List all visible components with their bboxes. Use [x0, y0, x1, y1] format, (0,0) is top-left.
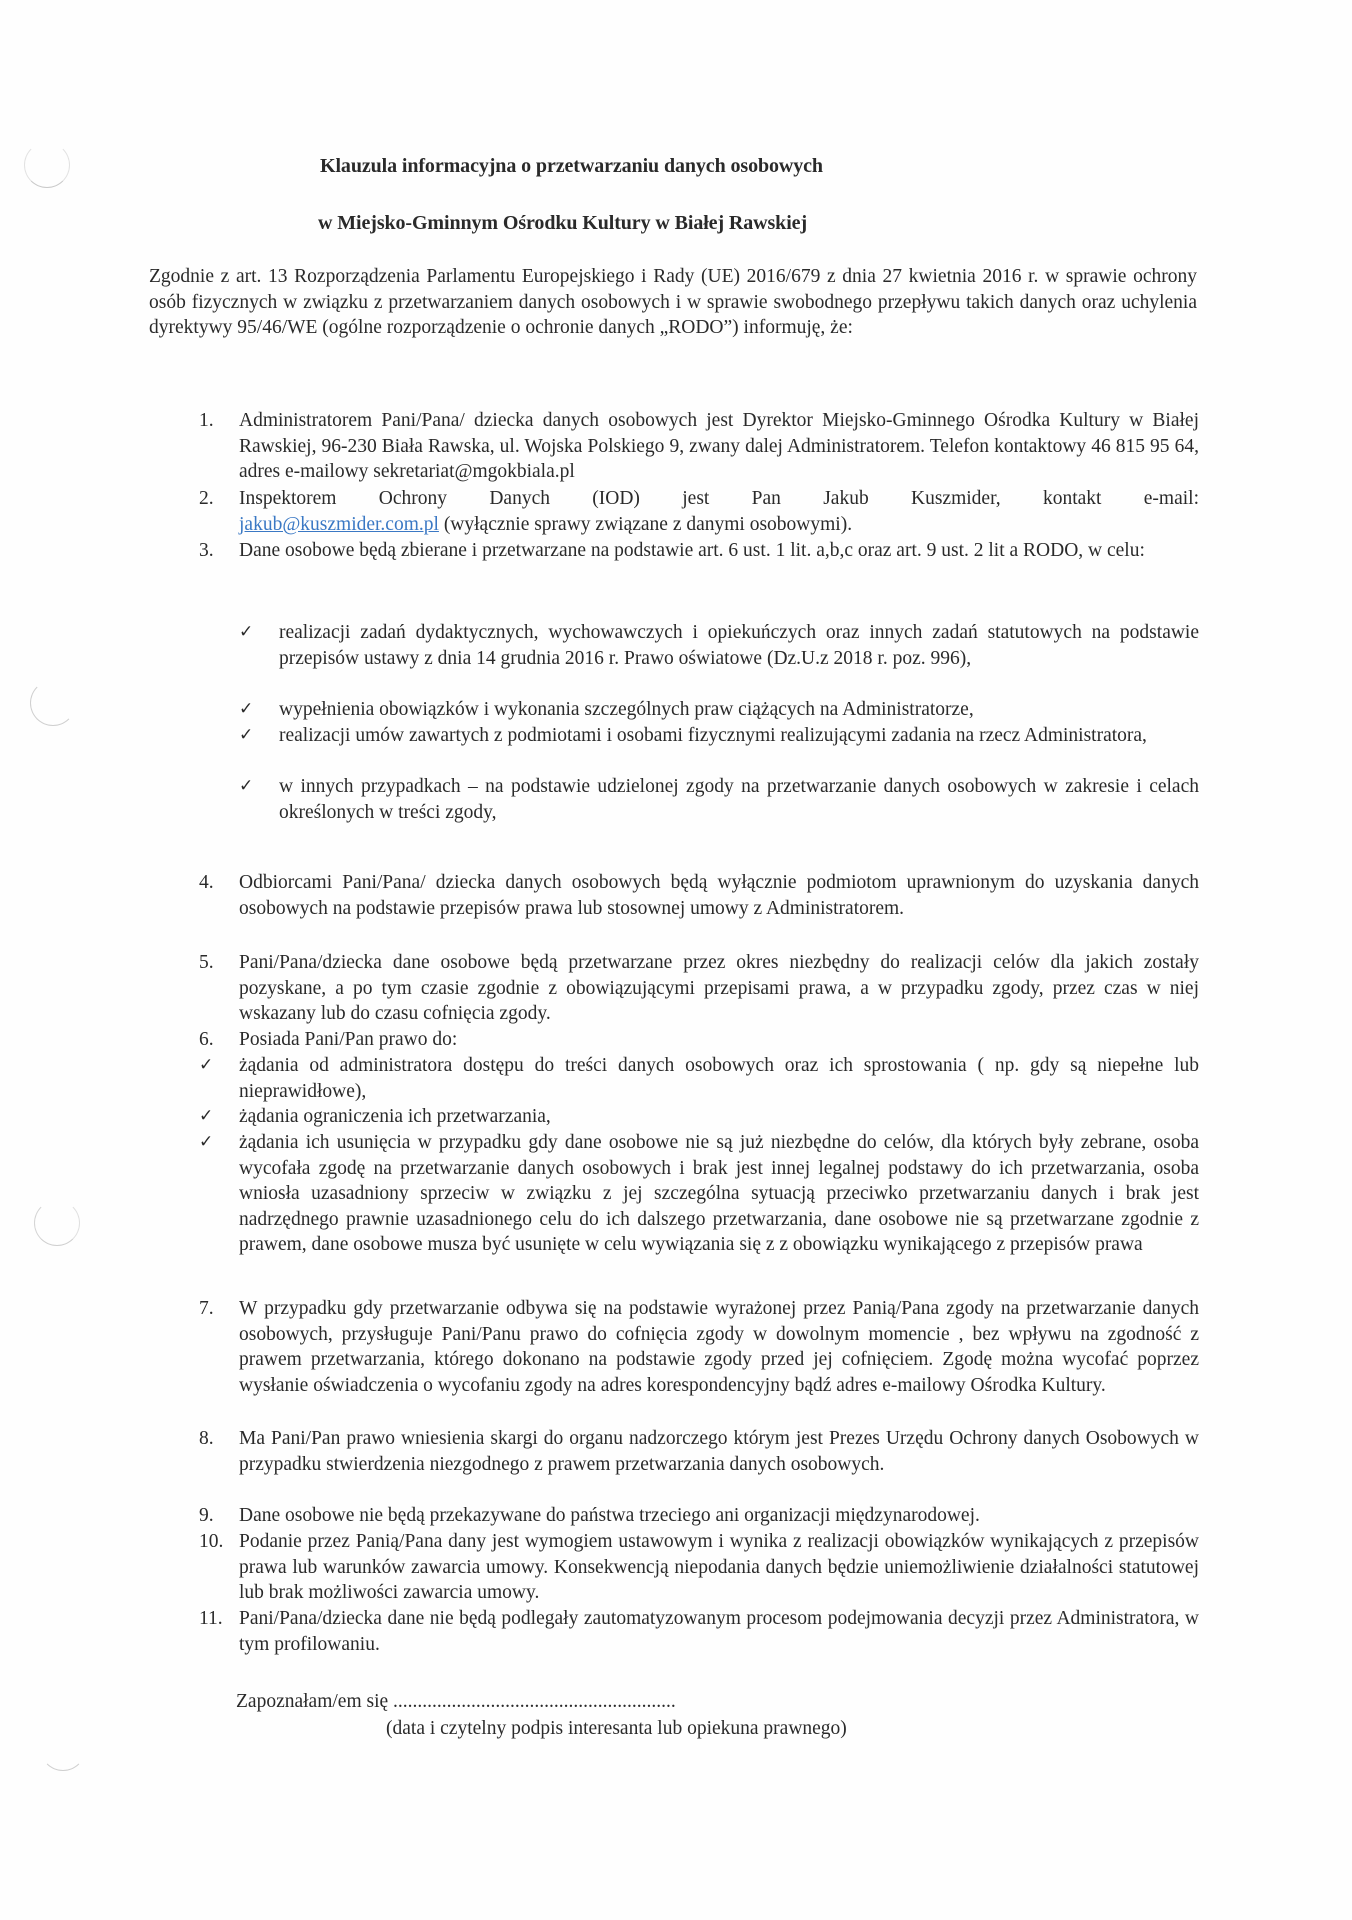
signature-block: Zapoznałam/em się ......................…: [236, 1688, 847, 1742]
check-mark-icon: ✓: [199, 1104, 213, 1130]
item-number: 5.: [199, 950, 235, 976]
punch-hole-mark: [34, 1200, 80, 1246]
item-number: 9.: [199, 1503, 235, 1529]
item-text: Podanie przez Panią/Pana dany jest wymog…: [239, 1529, 1199, 1606]
check-mark-icon: ✓: [239, 723, 253, 749]
check-mark-icon: ✓: [239, 697, 253, 723]
iod-email-link[interactable]: jakub@kuszmider.com.pl: [239, 514, 439, 535]
item-number: 11.: [199, 1606, 235, 1632]
item-text: Dane osobowe będą zbierane i przetwarzan…: [239, 538, 1199, 564]
document-subtitle: w Miejsko-Gminnym Ośrodku Kultury w Biał…: [318, 212, 807, 235]
check-mark-icon: ✓: [199, 1053, 213, 1079]
item-number: 4.: [199, 870, 235, 896]
signature-hint: (data i czytelny podpis interesanta lub …: [386, 1715, 847, 1742]
item-text: Odbiorcami Pani/Pana/ dziecka danych oso…: [239, 870, 1199, 921]
list-item-7: 7. W przypadku gdy przetwarzanie odbywa …: [199, 1296, 1199, 1398]
signature-field[interactable]: ........................................…: [393, 1691, 676, 1712]
item-text: Administratorem Pani/Pana/ dziecka danyc…: [239, 408, 1199, 485]
signature-label: Zapoznałam/em się: [236, 1691, 393, 1712]
purpose-item: ✓ realizacji zadań dydaktycznych, wychow…: [239, 620, 1199, 671]
purpose-item: ✓ w innych przypadkach – na podstawie ud…: [239, 774, 1199, 825]
list-item-5: 5. Pani/Pana/dziecka dane osobowe będą p…: [199, 950, 1199, 1027]
item-text: Inspektorem Ochrony Danych (IOD) jest Pa…: [239, 486, 1199, 512]
list-item-9: 9. Dane osobowe nie będą przekazywane do…: [199, 1503, 1199, 1529]
item-number: 8.: [199, 1426, 235, 1452]
check-mark-icon: ✓: [199, 1130, 213, 1156]
scanned-page: Klauzula informacyjna o przetwarzaniu da…: [0, 0, 1352, 1920]
item-number: 6.: [199, 1027, 235, 1053]
check-mark-icon: ✓: [239, 774, 253, 800]
item-number: 3.: [199, 538, 235, 564]
punch-hole-mark: [24, 142, 70, 188]
document-title: Klauzula informacyjna o przetwarzaniu da…: [320, 155, 823, 178]
item-text: Pani/Pana/dziecka dane nie będą podlegał…: [239, 1606, 1199, 1657]
item-text: Ma Pani/Pan prawo wniesienia skargi do o…: [239, 1426, 1199, 1477]
right-item: ✓ żądania ich usunięcia w przypadku gdy …: [199, 1130, 1199, 1258]
right-item: ✓ żądania ograniczenia ich przetwarzania…: [199, 1104, 1199, 1130]
list-item-3: 3. Dane osobowe będą zbierane i przetwar…: [199, 538, 1199, 564]
list-item-10: 10. Podanie przez Panią/Pana dany jest w…: [199, 1529, 1199, 1606]
punch-hole-mark: [40, 1725, 86, 1771]
item-text-cont: jakub@kuszmider.com.pl (wyłącznie sprawy…: [239, 512, 1199, 538]
list-item-6: 6. Posiada Pani/Pan prawo do:: [199, 1027, 1199, 1053]
check-mark-icon: ✓: [239, 620, 253, 646]
list-item-11: 11. Pani/Pana/dziecka dane nie będą podl…: [199, 1606, 1199, 1657]
item-number: 2.: [199, 486, 235, 512]
item-text: Dane osobowe nie będą przekazywane do pa…: [239, 1503, 1199, 1529]
item-number: 10.: [199, 1529, 235, 1555]
item-number: 7.: [199, 1296, 235, 1322]
item-text: Posiada Pani/Pan prawo do:: [239, 1027, 1199, 1053]
purpose-item: ✓ realizacji umów zawartych z podmiotami…: [239, 723, 1199, 749]
list-item-8: 8. Ma Pani/Pan prawo wniesienia skargi d…: [199, 1426, 1199, 1477]
punch-hole-mark: [30, 680, 76, 726]
list-item-1: 1. Administratorem Pani/Pana/ dziecka da…: [199, 408, 1199, 485]
item-number: 1.: [199, 408, 235, 434]
item-text: Pani/Pana/dziecka dane osobowe będą prze…: [239, 950, 1199, 1027]
intro-paragraph: Zgodnie z art. 13 Rozporządzenia Parlame…: [149, 264, 1197, 341]
list-item-2: 2. Inspektorem Ochrony Danych (IOD) jest…: [199, 486, 1199, 537]
item-text: W przypadku gdy przetwarzanie odbywa się…: [239, 1296, 1199, 1398]
purpose-item: ✓ wypełnienia obowiązków i wykonania szc…: [239, 697, 1199, 723]
right-item: ✓ żądania od administratora dostępu do t…: [199, 1053, 1199, 1104]
list-item-4: 4. Odbiorcami Pani/Pana/ dziecka danych …: [199, 870, 1199, 921]
